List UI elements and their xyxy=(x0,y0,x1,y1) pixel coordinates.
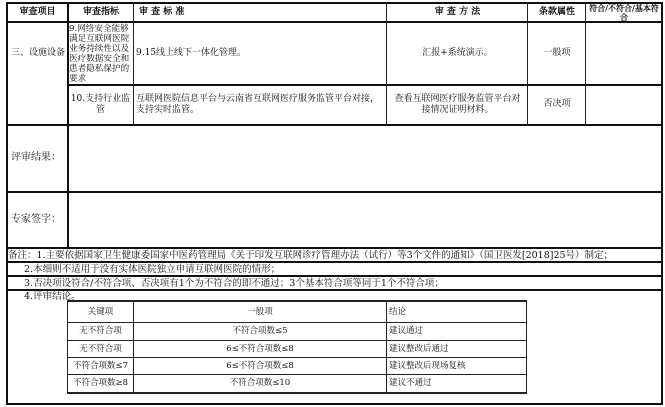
conclusion-header-general: 一般项 xyxy=(134,302,386,322)
header-method: 审 查 方 法 xyxy=(388,4,527,21)
note-2: 2.本细则不适用于没有实体医院独立申请互联网医院的情形； xyxy=(24,263,280,276)
header-conformity: 符合/不符合/基本符合 xyxy=(587,3,661,22)
conclusion-row2-key: 无不符合项 xyxy=(68,341,133,357)
conclusion-header-result: 结论 xyxy=(387,302,526,322)
row2-standard: 互联网医院信息平台与云南省互联网医疗服务监管平台对接，支持实时监管。 xyxy=(134,86,386,124)
row1-standard: 9.15线上线下一体化管理。 xyxy=(134,23,386,85)
conclusion-row4-general: 不符合项数≤10 xyxy=(134,375,386,392)
row2-attribute: 否决项 xyxy=(529,86,585,124)
header-item: 审查项目 xyxy=(8,4,67,21)
row2-method: 查看互联网医疗服务监管平台对接情况证明材料。 xyxy=(389,86,526,124)
review-result-field[interactable] xyxy=(69,126,661,191)
conclusion-row1-result: 建议通过 xyxy=(387,323,526,340)
row2-item xyxy=(8,86,67,124)
table-border-bottom xyxy=(6,403,663,405)
expert-signature-field[interactable] xyxy=(69,193,661,247)
header-indicator: 审查指标 xyxy=(69,4,133,21)
header-standard: 审 查 标 准 xyxy=(135,4,385,21)
row1-method: 汇报+系统演示。 xyxy=(388,23,527,85)
col-divider-4 xyxy=(527,2,528,125)
conclusion-row2-result: 建议整改后通过 xyxy=(387,341,526,357)
note-1: 备注：1.主要依据国家卫生健康委国家中医药管理局《关于印发互联网诊疗管理办法（试… xyxy=(8,249,613,262)
note-3: 3.否决项设符合/不符合项、否决项有1个为不符合的即不通过；3个基本符合项等同于… xyxy=(24,277,444,290)
col-divider-5 xyxy=(585,2,586,125)
row1-conformity-field[interactable] xyxy=(587,23,661,85)
review-result-label: 评审结果： xyxy=(8,126,67,191)
row1-attribute: 一般项 xyxy=(529,23,585,85)
col-divider-3 xyxy=(386,2,387,125)
conclusion-row1-general: 不符合项数≤5 xyxy=(134,323,386,340)
row2-conformity-field[interactable] xyxy=(587,86,661,124)
conclusion-row3-general: 6≤不符合项数≤8 xyxy=(134,358,386,374)
conclusion-row3-key: 不符合项数≤7 xyxy=(68,358,133,374)
row1-indicator: 9.网络安全能够满足互联网医院业务持续性以及医疗数据安全和患者隐私保护的要求 xyxy=(68,23,133,85)
expert-signature-label: 专家签字： xyxy=(8,193,67,247)
conclusion-border-right xyxy=(526,300,527,394)
row2-indicator: 10.支持行业监管 xyxy=(68,86,133,124)
conclusion-row1-key: 无不符合项 xyxy=(68,323,133,340)
conclusion-border-bottom xyxy=(67,392,527,394)
table-border-right xyxy=(661,2,663,405)
conclusion-row4-result: 建议不通过 xyxy=(387,375,526,392)
row1-item: 三、设施设备 xyxy=(8,23,67,85)
conclusion-row4-key: 不符合项数≥8 xyxy=(68,375,133,392)
header-attribute: 条款属性 xyxy=(529,4,585,21)
conclusion-header-key: 关键项 xyxy=(68,302,133,322)
conclusion-row2-general: 6≤不符合项数≤8 xyxy=(134,341,386,357)
conclusion-row3-result: 建议整改后现场复核 xyxy=(387,358,526,374)
